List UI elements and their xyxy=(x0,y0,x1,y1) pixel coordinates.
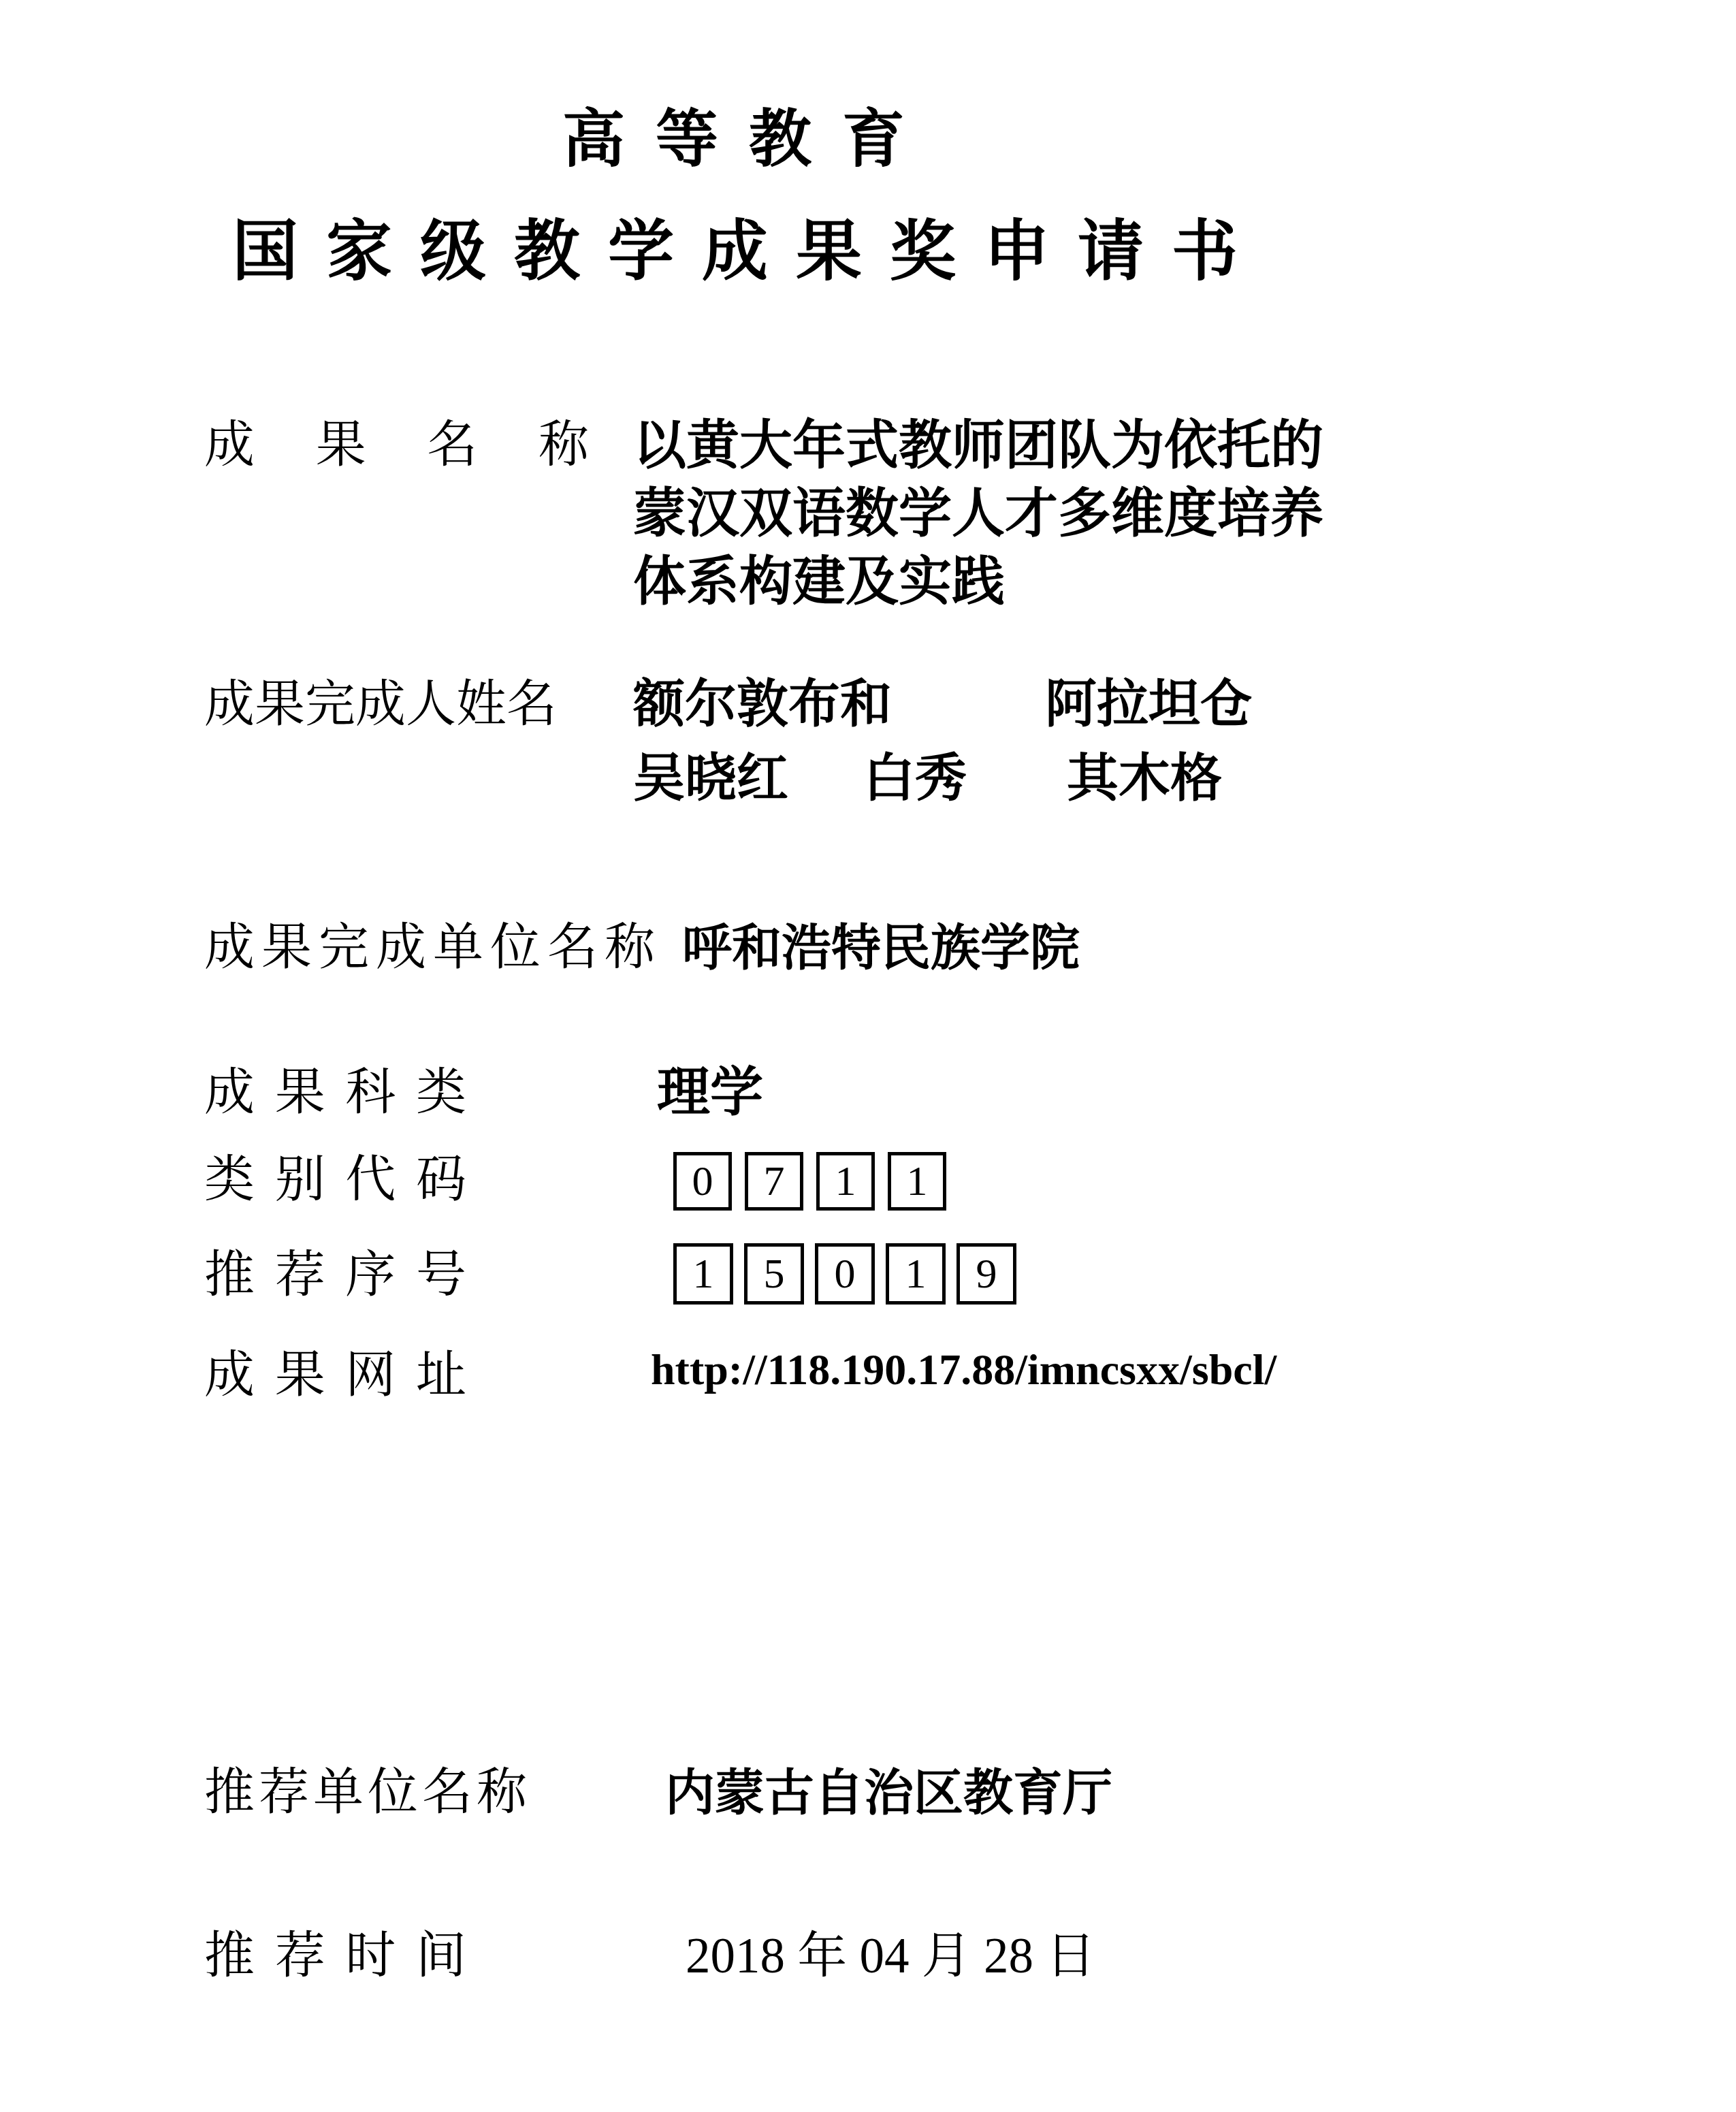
serial-number-digit-box: 1 xyxy=(673,1243,733,1305)
category-label: 成果科类 xyxy=(204,1068,466,1118)
category-code-label: 类别代码 xyxy=(204,1155,466,1205)
category-code-digit-box: 1 xyxy=(816,1152,875,1211)
serial-number-label: 推荐序号 xyxy=(204,1250,466,1300)
category-code-digit-box: 0 xyxy=(673,1152,732,1211)
serial-number-digit-box: 0 xyxy=(815,1243,875,1305)
serial-number-digit-box: 5 xyxy=(744,1243,804,1305)
achievement-name-value: 以黄大年式教师团队为依托的 蒙汉双语数学人才多维度培养 体系构建及实践 xyxy=(633,412,1323,616)
completers-row2: 吴晓红 白秀 其木格 xyxy=(633,753,1222,805)
completer-name: 白秀 xyxy=(863,753,967,805)
completer-name: 额尔敦布和 xyxy=(633,679,892,731)
serial-number-boxes: 1 5 0 1 9 xyxy=(673,1243,1016,1305)
category-code-digit-box: 7 xyxy=(745,1152,803,1211)
recommending-unit-value: 内蒙古自治区教育厅 xyxy=(665,1768,1112,1818)
achievement-name-label: 成果名称 xyxy=(204,420,589,470)
document-title-line1: 高等教育 xyxy=(0,108,1498,171)
serial-number-digit-box: 1 xyxy=(886,1243,946,1305)
achievement-name-line3: 体系构建及实践 xyxy=(633,548,1323,616)
category-code-digit-box: 1 xyxy=(888,1152,946,1211)
category-value: 理学 xyxy=(657,1066,763,1119)
url-value: http://118.190.17.88/imncsxx/sbcl/ xyxy=(651,1348,1276,1392)
recommending-unit-label: 推荐单位名称 xyxy=(204,1767,531,1818)
completer-name: 其木格 xyxy=(1067,753,1222,805)
completers-row1: 额尔敦布和 阿拉坦仓 xyxy=(633,679,1252,731)
completing-unit-label: 成果完成单位名称 xyxy=(204,923,662,973)
url-label: 成果网址 xyxy=(204,1350,466,1401)
serial-number-digit-box: 9 xyxy=(957,1243,1016,1305)
recommend-date-label: 推荐时间 xyxy=(204,1931,466,1981)
document-title-line2: 国家级教学成果奖申请书 xyxy=(0,218,1498,284)
category-code-boxes: 0 7 1 1 xyxy=(673,1152,946,1211)
completing-unit-value: 呼和浩特民族学院 xyxy=(682,923,1080,973)
application-form-page: 高等教育 国家级教学成果奖申请书 成果名称 以黄大年式教师团队为依托的 蒙汉双语… xyxy=(0,0,1736,2112)
achievement-name-line1: 以黄大年式教师团队为依托的 xyxy=(633,412,1323,480)
completers-label: 成果完成人姓名 xyxy=(204,679,557,730)
completer-name: 吴晓红 xyxy=(633,753,788,805)
completer-name: 阿拉坦仓 xyxy=(1045,679,1252,731)
recommend-date-value: 2018 年 04 月 28 日 xyxy=(686,1931,1095,1981)
achievement-name-line2: 蒙汉双语数学人才多维度培养 xyxy=(633,480,1323,548)
